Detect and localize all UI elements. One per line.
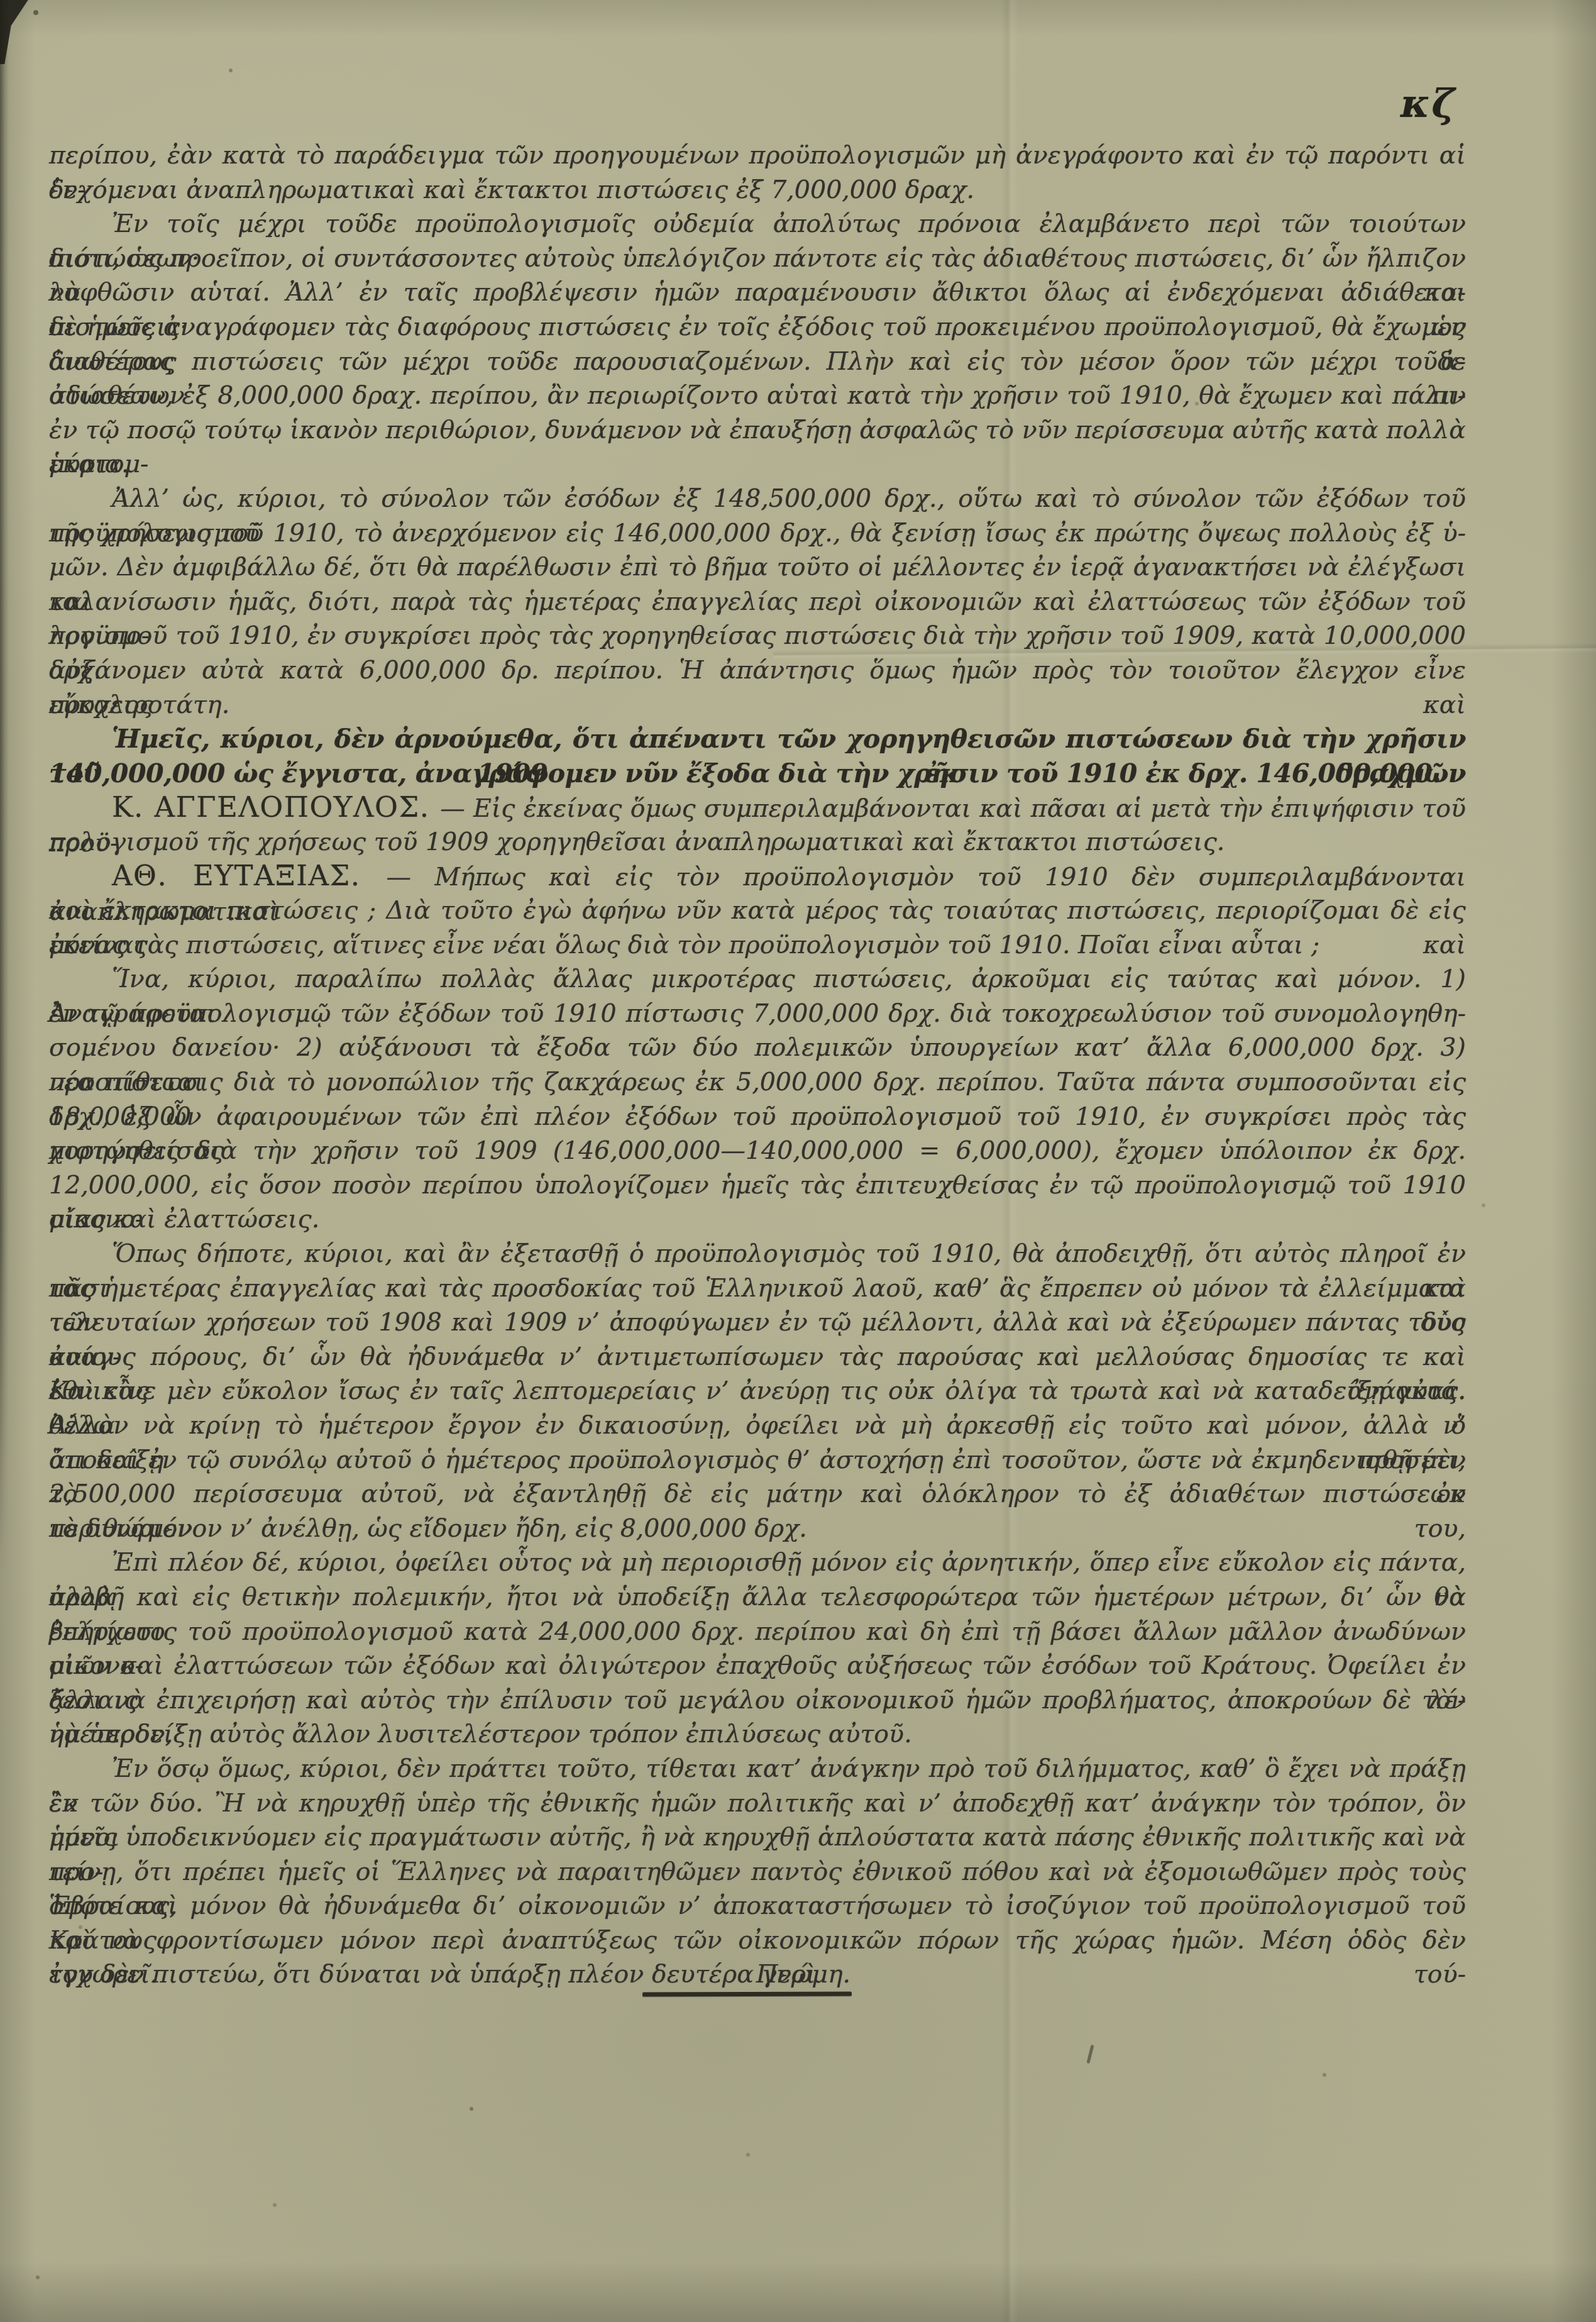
text-line: περίπου, ἐὰν κατὰ τὸ παράδειγμα τῶν προη… xyxy=(49,138,1466,173)
paper-specks xyxy=(0,0,3,3)
text-line: δεχόμεναι ἀναπληρωματικαὶ καὶ ἔκτακτοι π… xyxy=(49,173,1466,207)
text-line: ὅτι καὶ ἐν τῷ συνόλῳ αὐτοῦ ὁ ἡμέτερος πρ… xyxy=(49,1443,1466,1478)
text-line: τὰς ἡμετέρας ἐπαγγελίας καὶ τὰς προσδοκί… xyxy=(49,1271,1466,1306)
speaker-name: Κ. ΑΓΓΕΛΟΠΟΥΛΟΣ. xyxy=(112,790,440,824)
text-line: Ἐν τοῖς μέχρι τοῦδε προϋπολογισμοῖς οὐδε… xyxy=(49,207,1466,241)
scan-left-edge-shadow xyxy=(0,0,9,1572)
text-line: Ἵνα, κύριοι, παραλίπω πολλὰς ἄλλας μικρο… xyxy=(49,962,1466,997)
text-line: λογισμοῦ τοῦ 1910, ἐν συγκρίσει πρὸς τὰς… xyxy=(49,619,1466,653)
text-line: Ἡμεῖς, κύριοι, δὲν ἀρνούμεθα, ὅτι ἀπέναν… xyxy=(49,722,1466,756)
text-line: δὲ ἡμεῖς ἀναγράφομεν τὰς διαφόρους πιστώ… xyxy=(49,310,1466,345)
text-line: μύρια. xyxy=(49,447,1466,482)
text-line: Κ. ΑΓΓΕΛΟΠΟΥΛΟΣ. — Εἰς ἐκείνας ὅμως συμπ… xyxy=(49,790,1466,825)
text-line: τείνῃ, ὅτι πρέπει ἡμεῖς οἱ Ἕλληνες νὰ πα… xyxy=(49,1855,1466,1889)
text-line: δρχ., ἐξ ὧν ἀφαιρουμένων τῶν ἐπὶ πλέον ἐ… xyxy=(49,1100,1466,1134)
text-line: αὐξάνομεν αὐτὰ κατὰ 6,000,000 δρ. περίπο… xyxy=(49,653,1466,688)
text-line: στώσεων, ἐξ 8,000,000 δραχ. περίπου, ἂν … xyxy=(49,379,1466,413)
text-line: καίους πόρους, δι’ ὧν θὰ ἠδυνάμεθα ν’ ἀν… xyxy=(49,1340,1466,1374)
text-line: Ὅπως δήποτε, κύριοι, καὶ ἂν ἐξετασθῇ ὁ π… xyxy=(49,1237,1466,1271)
text-line: ἐκ τῶν δύο. Ἢ νὰ κηρυχθῇ ὑπὲρ τῆς ἐθνικῆ… xyxy=(49,1786,1466,1821)
speaker-name: ΑΘ. ΕΥΤΑΞΙΑΣ. xyxy=(112,859,386,892)
text-line: διαθέτους πιστώσεις τῶν μέχρι τοῦδε παρο… xyxy=(49,345,1466,379)
text-line: τῆς χρήσεως τοῦ 1910, τὸ ἀνερχόμενον εἰς… xyxy=(49,516,1466,551)
text-line: βελτίωσις τοῦ προϋπολογισμοῦ κατὰ 24,000… xyxy=(49,1615,1466,1649)
text-line: θέλων νὰ κρίνῃ τὸ ἡμέτερον ἔργον ἐν δικα… xyxy=(49,1408,1466,1443)
text-line: Καὶ εἶνε μὲν εὔκολον ἴσως ἐν ταῖς λεπτομ… xyxy=(49,1374,1466,1408)
page-number: κζ xyxy=(1401,80,1456,126)
text-line: διότι, ὡς προεῖπον, οἱ συντάσσοντες αὐτο… xyxy=(49,241,1466,276)
text-line: Ἐπὶ πλέον δέ, κύριοι, ὀφείλει οὗτος νὰ μ… xyxy=(49,1545,1466,1580)
text-line: τελευταίων χρήσεων τοῦ 1908 καὶ 1909 ν’ … xyxy=(49,1305,1466,1340)
text-line: ἐν τῷ ποσῷ τούτῳ ἱκανὸν περιθώριον, δυνά… xyxy=(49,413,1466,448)
text-line: καὶ νὰ φροντίσωμεν μόνον περὶ ἀναπτύξεως… xyxy=(49,1923,1466,1958)
text-line: μιῶν καὶ ἐλαττώσεων τῶν ἐξόδων καὶ ὀλιγώ… xyxy=(49,1649,1466,1683)
text-line: μόνας τὰς πιστώσεις, αἵτινες εἶνε νέαι ὅ… xyxy=(49,928,1466,963)
text-line: νὰ ὑποδείξῃ αὐτὸς ἄλλον λυσιτελέστερον τ… xyxy=(49,1717,1466,1752)
text-line: 12,000,000, εἰς ὅσον ποσὸν περίπου ὑπολο… xyxy=(49,1168,1466,1203)
text-line: λυφθῶσιν αὑταί. Ἀλλ’ ἐν ταῖς προβλέψεσιν… xyxy=(49,275,1466,310)
text-line: 140,000,000 ὡς ἔγγιστα, ἀναγράφομεν νῦν … xyxy=(49,756,1466,791)
ink-smudge-mark xyxy=(1086,2045,1094,2064)
text-line: πολογισμοῦ τῆς χρήσεως τοῦ 1909 χορηγηθε… xyxy=(49,825,1466,860)
text-line: προβῇ καὶ εἰς θετικὴν πολεμικήν, ἤτοι νὰ… xyxy=(49,1580,1466,1615)
text-line: μίας καὶ ἐλαττώσεις. xyxy=(49,1202,1466,1237)
text-line: πιστώσεις διὰ τὴν χρῆσιν τοῦ 1909 (146,0… xyxy=(49,1134,1466,1168)
text-line: ΑΘ. ΕΥΤΑΞΙΑΣ. — Μήπως καὶ εἰς τὸν προϋπο… xyxy=(49,859,1466,893)
text-line: ἡμεῖς ὑποδεικνύομεν εἰς πραγμάτωσιν αὐτῆ… xyxy=(49,1820,1466,1855)
text-line: ὁπότε καὶ μόνον θὰ ἠδυνάμεθα δι’ οἰκονομ… xyxy=(49,1889,1466,1923)
scanned-document-page: κζ περίπου, ἐὰν κατὰ τὸ παράδειγμα τῶν π… xyxy=(0,0,1596,2322)
text-line: Ἐν ὅσῳ ὅμως, κύριοι, δὲν πράττει τοῦτο, … xyxy=(49,1752,1466,1786)
text-line: νέα πίστωσις διὰ τὸ μονοπώλιον τῆς ζακχά… xyxy=(49,1065,1466,1100)
text-line: 2,500,000 περίσσευμα αὐτοῦ, νὰ ἐξαντληθῇ… xyxy=(49,1477,1466,1512)
text-line: μῶν. Δὲν ἀμφιβάλλω δέ, ὅτι θὰ παρέλθωσιν… xyxy=(49,550,1466,585)
text-line: καὶ ἔκτακτοι πιστώσεις ; Διὰ τοῦτο ἐγὼ ἀ… xyxy=(49,893,1466,928)
body-text-block: περίπου, ἐὰν κατὰ τὸ παράδειγμα τῶν προη… xyxy=(49,138,1466,1992)
section-divider-rule xyxy=(642,1991,852,1996)
text-line: Ἀλλ’ ὡς, κύριοι, τὸ σύνολον τῶν ἐσόδων ἐ… xyxy=(49,482,1466,516)
text-line: σομένου δανείου· 2) αὐξάνουσι τὰ ἔξοδα τ… xyxy=(49,1031,1466,1065)
text-line: ξεσι νὰ ἐπιχειρήσῃ καὶ αὐτὸς τὴν ἐπίλυσι… xyxy=(49,1683,1466,1718)
text-line: ταλανίσωσιν ἡμᾶς, διότι, παρὰ τὰς ἡμετέρ… xyxy=(49,585,1466,619)
text-line: ἐν τῷ προϋπολογισμῷ τῶν ἐξόδων τοῦ 1910 … xyxy=(49,997,1466,1031)
